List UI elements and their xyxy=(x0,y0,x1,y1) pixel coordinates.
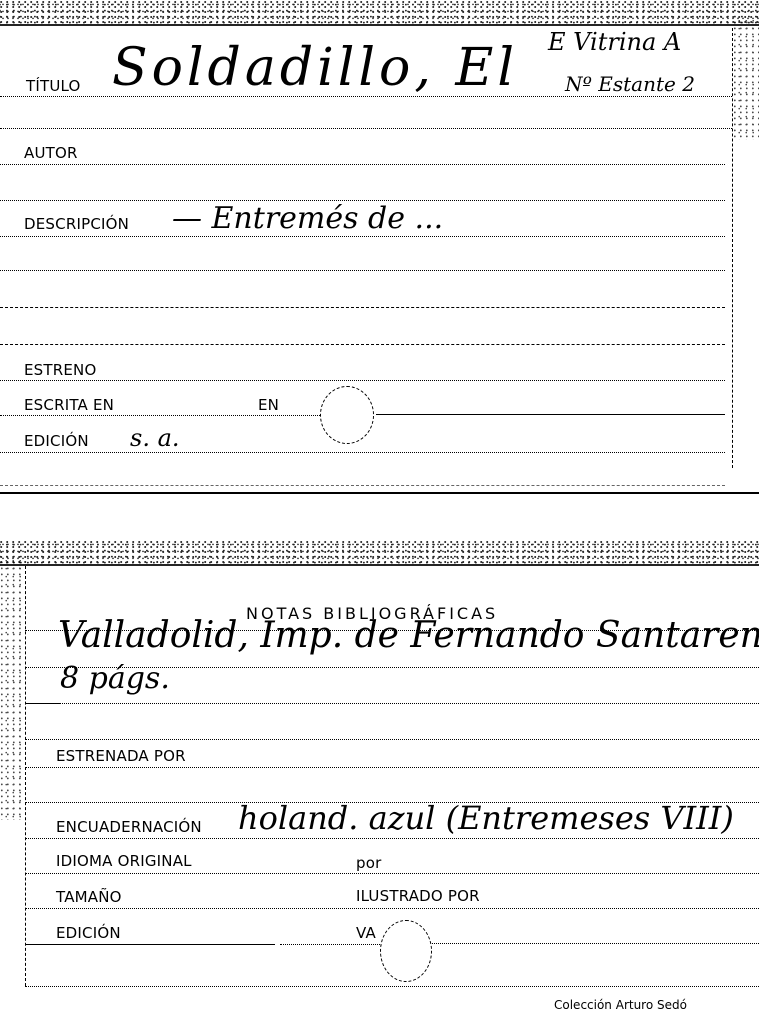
valor-line xyxy=(432,943,759,944)
card-margin-line xyxy=(732,28,733,468)
card-margin-line xyxy=(25,566,26,986)
collection-footer: Colección Arturo Sedó xyxy=(554,998,687,1012)
encuadernacion-value: holand. azul (Entremeses VIII) xyxy=(238,802,734,834)
ruled-line xyxy=(0,344,725,345)
ruled-line xyxy=(60,703,759,704)
traducido-por-label: por xyxy=(356,856,381,871)
encuadernacion-line xyxy=(25,838,759,839)
ruled-line xyxy=(0,128,732,129)
notes-line-1: Valladolid, Imp. de Fernando Santaren xyxy=(58,618,759,654)
autor-line xyxy=(0,164,725,165)
estrenada-por-line xyxy=(25,767,759,768)
edicion-back-line xyxy=(25,944,275,945)
estrenada-por-label: ESTRENADA POR xyxy=(56,749,186,764)
tamano-label: TAMAÑO xyxy=(56,890,122,905)
titulo-label: TÍTULO xyxy=(26,79,81,94)
edicion-label: EDICIÓN xyxy=(24,434,89,449)
catalog-card-front: TÍTULO Soldadillo, El E Vitrina A Nº Est… xyxy=(0,0,759,495)
edicion-line xyxy=(0,452,725,453)
ruled-line xyxy=(0,485,725,486)
scan-edge xyxy=(0,0,759,26)
scan-edge-side xyxy=(0,560,24,820)
ruled-line xyxy=(0,270,725,271)
titulo-value: Soldadillo, El xyxy=(112,42,518,94)
edicion-back-label: EDICIÓN xyxy=(56,926,121,941)
edicion-value: s. a. xyxy=(130,426,180,450)
notes-line-2: 8 págs. xyxy=(60,664,170,694)
punch-hole-mark xyxy=(380,920,432,982)
catalog-card-back: NOTAS BIBLIOGRÁFICAS Valladolid, Imp. de… xyxy=(0,540,759,1028)
ruled-line xyxy=(25,703,60,704)
card-edge xyxy=(0,492,759,494)
idioma-original-label: IDIOMA ORIGINAL xyxy=(56,854,192,869)
valor-label: VA xyxy=(356,926,376,941)
en-line xyxy=(376,414,725,415)
estreno-line xyxy=(0,380,725,381)
descripcion-label: DESCRIPCIÓN xyxy=(24,217,129,232)
tamano-line xyxy=(25,908,759,909)
autor-label: AUTOR xyxy=(24,146,78,161)
en-label: EN xyxy=(258,398,279,413)
location-line2: Nº Estante 2 xyxy=(565,74,695,94)
descripcion-line xyxy=(0,236,725,237)
encuadernacion-label: ENCUADERNACIÓN xyxy=(56,820,202,835)
ruled-line xyxy=(25,986,759,987)
ilustrado-por-label: ILUSTRADO POR xyxy=(356,889,480,904)
estreno-label: ESTRENO xyxy=(24,363,97,378)
ruled-line xyxy=(25,739,759,740)
ruled-line xyxy=(0,307,725,308)
punch-hole-mark xyxy=(320,386,374,444)
descripcion-value: — Entremés de ... xyxy=(172,204,443,234)
scan-edge xyxy=(0,540,759,566)
escrita-en-label: ESCRITA EN xyxy=(24,398,114,413)
scan-edge-side xyxy=(733,20,759,140)
idioma-original-line xyxy=(25,873,759,874)
escrita-en-line xyxy=(0,415,320,416)
edicion-back-line xyxy=(280,944,380,945)
location-line1: E Vitrina A xyxy=(548,30,681,54)
